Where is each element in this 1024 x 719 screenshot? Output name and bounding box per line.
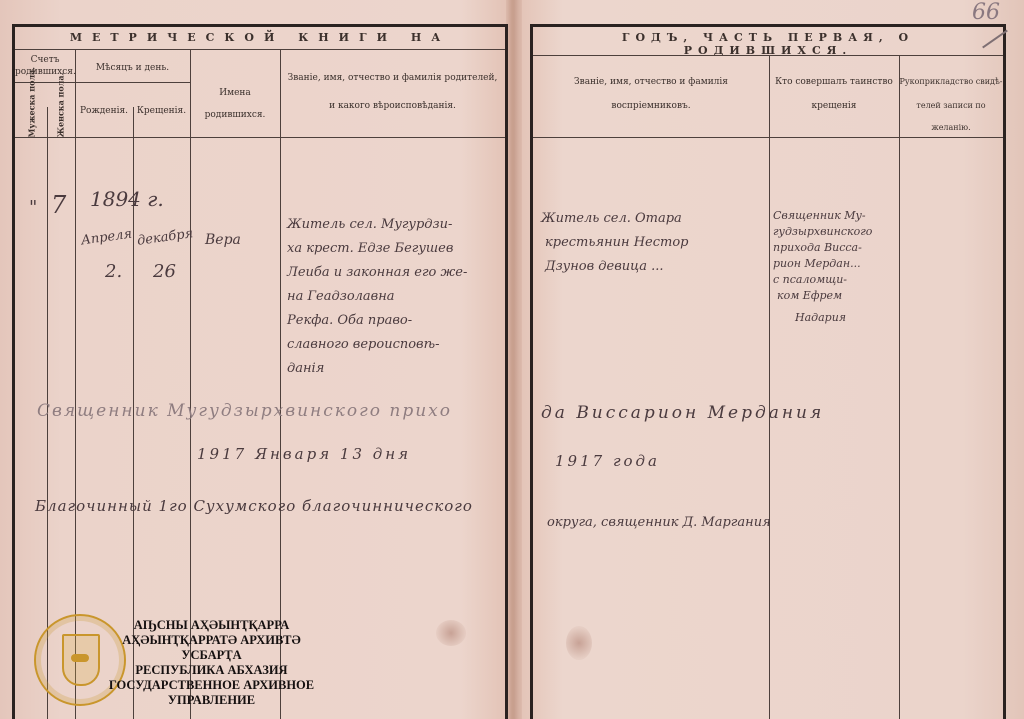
watermark-line: УСБАРҬА bbox=[104, 648, 319, 663]
entry-parents-line: Леиба и законная его же- bbox=[287, 265, 467, 280]
entry-officiant-line: гудзырхвинского bbox=[773, 225, 872, 238]
entry-godparents-line: крестьянин Нестор bbox=[545, 235, 689, 250]
annotation-line-1: да Виссарион Мердания bbox=[541, 403, 824, 423]
entry-officiant-line: рион Мердан... bbox=[773, 257, 861, 270]
annotation-line-3: Благочинный 1го Сухумского благочинничес… bbox=[35, 497, 473, 515]
annotation-line-2: 1917 Января 13 дня bbox=[197, 445, 411, 463]
entry-baptism-month: декабря bbox=[136, 226, 194, 249]
right-page-title: ГОДЪ, ЧАСТЬ ПЕРВАЯ, О РОДИВШИХСЯ. bbox=[533, 31, 1003, 57]
annotation-line-3: округа, священник Д. Маргания bbox=[547, 515, 771, 530]
watermark-line: ГОСУДАРСТВЕННОЕ АРХИВНОЕ bbox=[104, 678, 319, 693]
paper-stain bbox=[566, 626, 592, 660]
entry-birth-day: 2. bbox=[105, 261, 122, 282]
entry-child-name: Вера bbox=[205, 232, 241, 248]
entry-officiant-line: Надария bbox=[795, 311, 846, 324]
watermark-line: УПРАВЛЕНИЕ bbox=[104, 693, 319, 708]
entry-godparents-line: Дзунов девица ... bbox=[545, 259, 664, 274]
entry-parents-line: Житель сел. Мугурдзи- bbox=[287, 217, 452, 232]
divider bbox=[533, 55, 1003, 56]
divider bbox=[15, 82, 190, 83]
entry-birth-month: Апреля bbox=[80, 227, 133, 249]
header-female: Женска пола. bbox=[57, 78, 66, 138]
header-godparents-1: Званіе, имя, отчество и фамилія bbox=[533, 71, 769, 93]
watermark-line: РЕСПУБЛИКА АБХАЗИЯ bbox=[104, 663, 319, 678]
header-names: Имена родившихся. bbox=[190, 82, 280, 126]
header-godparents-2: воспріемниковъ. bbox=[533, 95, 769, 117]
divider bbox=[899, 55, 900, 719]
header-birth: Рожденія. bbox=[75, 100, 133, 122]
archive-watermark: АҦСНЫ АҲӘЫНҬҚАРРА АҲӘЫНҬҚАРРАТӘ АРХИВТӘ … bbox=[34, 614, 324, 714]
entry-officiant-line: ком Ефрем bbox=[777, 289, 842, 302]
entry-female-count: 7 bbox=[51, 191, 66, 219]
header-witnesses-2: телей записи по желанію. bbox=[899, 95, 1003, 139]
header-count-group: Счетъ родившихся. bbox=[15, 54, 75, 78]
coat-of-arms-icon bbox=[62, 634, 100, 686]
entry-parents-line: Рекфа. Оба право- bbox=[287, 313, 412, 328]
entry-parents-line: данія bbox=[287, 361, 324, 376]
entry-officiant-line: прихода Висса- bbox=[773, 241, 862, 254]
entry-male-count: " bbox=[29, 197, 37, 218]
watermark-text: АҦСНЫ АҲӘЫНҬҚАРРА АҲӘЫНҬҚАРРАТӘ АРХИВТӘ … bbox=[104, 618, 319, 708]
header-male: Мужеска пола. bbox=[28, 78, 37, 138]
header-witnesses-1: Рукоприкладство свидѣ- bbox=[899, 71, 1003, 93]
book-gutter bbox=[506, 0, 522, 719]
entry-officiant-line: с псаломщи- bbox=[773, 273, 847, 286]
watermark-line: АҲӘЫНҬҚАРРАТӘ АРХИВТӘ bbox=[104, 633, 319, 648]
header-month-day: Мѣсяцъ и день. bbox=[75, 57, 190, 79]
header-officiant-1: Кто совершалъ таинство bbox=[769, 71, 899, 93]
entry-birth-year: 1894 г. bbox=[90, 187, 164, 211]
entry-parents-line: на Геадзолавна bbox=[287, 289, 395, 304]
header-parents-1: Званіе, имя, отчество и фамилія родителе… bbox=[280, 67, 505, 89]
left-page-title: МЕТРИЧЕСКОЙ КНИГИ НА bbox=[15, 31, 505, 44]
entry-godparents-line: Житель сел. Отара bbox=[541, 211, 682, 226]
divider bbox=[15, 49, 505, 50]
page-number: 66 bbox=[972, 0, 1000, 25]
entry-officiant-line: Священник Му- bbox=[773, 209, 866, 222]
header-parents-2: и какого вѣроисповѣданія. bbox=[280, 95, 505, 117]
entry-parents-line: славного вероисповѣ- bbox=[287, 337, 439, 352]
watermark-line: АҦСНЫ АҲӘЫНҬҚАРРА bbox=[104, 618, 319, 633]
entry-parents-line: ха крест. Едзе Бегушев bbox=[287, 241, 453, 256]
annotation-line-2: 1917 года bbox=[555, 452, 660, 470]
right-page: ГОДЪ, ЧАСТЬ ПЕРВАЯ, О РОДИВШИХСЯ. Званіе… bbox=[530, 24, 1006, 719]
header-baptism: Крещенія. bbox=[133, 100, 190, 122]
divider bbox=[769, 55, 770, 719]
divider bbox=[15, 137, 505, 138]
header-officiant-2: крещенія bbox=[769, 95, 899, 117]
entry-baptism-day: 26 bbox=[153, 261, 176, 282]
paper-stain bbox=[436, 620, 466, 646]
annotation-line-1: Священник Мугудзырхвинского прихо bbox=[37, 401, 452, 421]
